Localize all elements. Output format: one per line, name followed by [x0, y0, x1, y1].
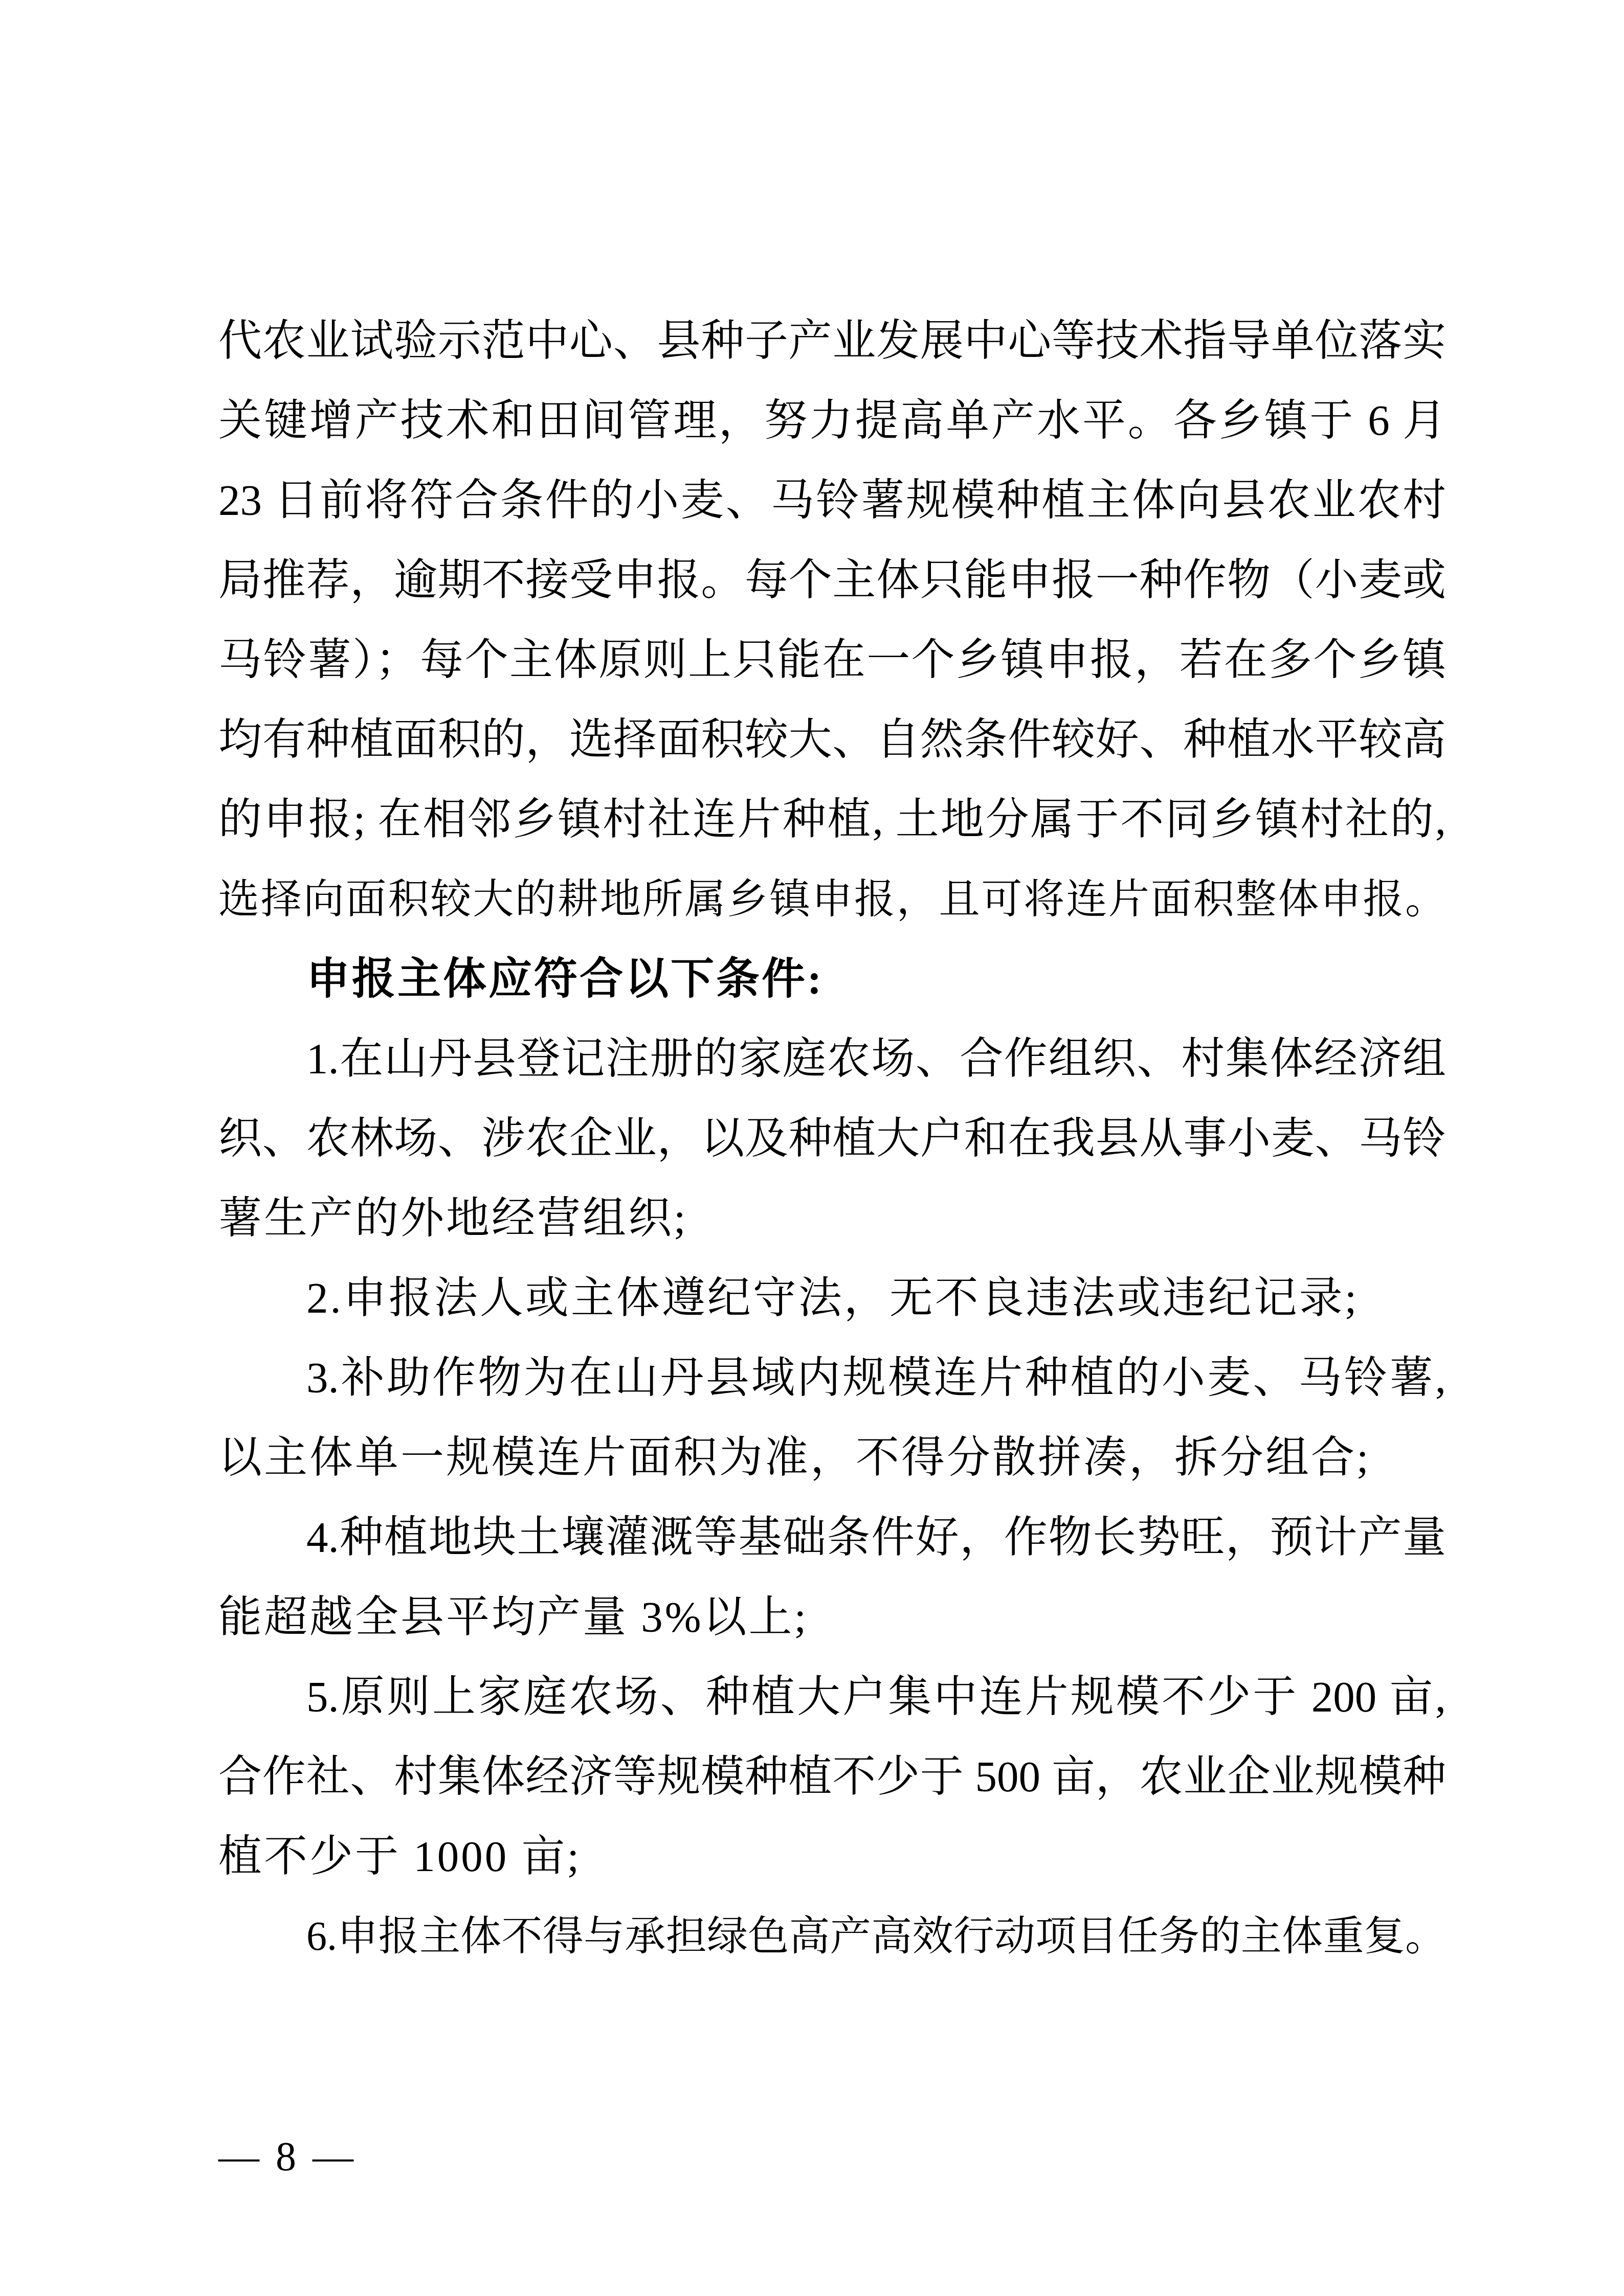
list-item-1-line-1: 1.在山丹县登记注册的家庭农场、合作组织、村集体经济组: [218, 1019, 1446, 1099]
text-line-3: 23 日前将符合条件的小麦、马铃薯规模种植主体向县农业农村: [218, 461, 1446, 541]
list-item-4-line-1: 4.种植地块土壤灌溉等基础条件好，作物长势旺，预计产量: [218, 1498, 1446, 1578]
text-line-8: 选择向面积较大的耕地所属乡镇申报，且可将连片面积整体申报。: [218, 860, 1446, 939]
section-heading: 申报主体应符合以下条件:: [218, 939, 1446, 1019]
list-item-2: 2.申报法人或主体遵纪守法，无不良违法或违纪记录;: [218, 1258, 1446, 1338]
text-line-2: 关键增产技术和田间管理，努力提高单产水平。各乡镇于 6 月: [218, 381, 1446, 461]
text-line-7: 的申报; 在相邻乡镇村社连片种植, 土地分属于不同乡镇村社的,: [218, 780, 1446, 860]
list-item-5-line-3: 植不少于 1000 亩;: [218, 1817, 1446, 1897]
list-item-5-line-1: 5.原则上家庭农场、种植大户集中连片规模不少于 200 亩,: [218, 1657, 1446, 1737]
list-item-3-line-2: 以主体单一规模连片面积为准，不得分散拼凑，拆分组合;: [218, 1418, 1446, 1498]
list-item-5-line-2: 合作社、村集体经济等规模种植不少于 500 亩，农业企业规模种: [218, 1737, 1446, 1817]
text-line-6: 均有种植面积的，选择面积较大、自然条件较好、种植水平较高: [218, 700, 1446, 780]
document-page: 代农业试验示范中心、县种子产业发展中心等技术指导单位落实 关键增产技术和田间管理…: [0, 0, 1624, 2296]
text-line-5: 马铃薯）；每个主体原则上只能在一个乡镇申报，若在多个乡镇: [218, 620, 1446, 700]
list-item-3-line-1: 3.补助作物为在山丹县域内规模连片种植的小麦、马铃薯,: [218, 1338, 1446, 1418]
text-line-1: 代农业试验示范中心、县种子产业发展中心等技术指导单位落实: [218, 301, 1446, 381]
document-body: 代农业试验示范中心、县种子产业发展中心等技术指导单位落实 关键增产技术和田间管理…: [218, 301, 1446, 1976]
list-item-1-line-3: 薯生产的外地经营组织;: [218, 1179, 1446, 1258]
text-line-4: 局推荐，逾期不接受申报。每个主体只能申报一种作物（小麦或: [218, 541, 1446, 620]
list-item-6: 6.申报主体不得与承担绿色高产高效行动项目任务的主体重复。: [218, 1897, 1446, 1976]
list-item-4-line-2: 能超越全县平均产量 3%以上;: [218, 1578, 1446, 1657]
page-number-footer: — 8 —: [218, 2126, 357, 2188]
list-item-1-line-2: 织、农林场、涉农企业，以及种植大户和在我县从事小麦、马铃: [218, 1099, 1446, 1179]
